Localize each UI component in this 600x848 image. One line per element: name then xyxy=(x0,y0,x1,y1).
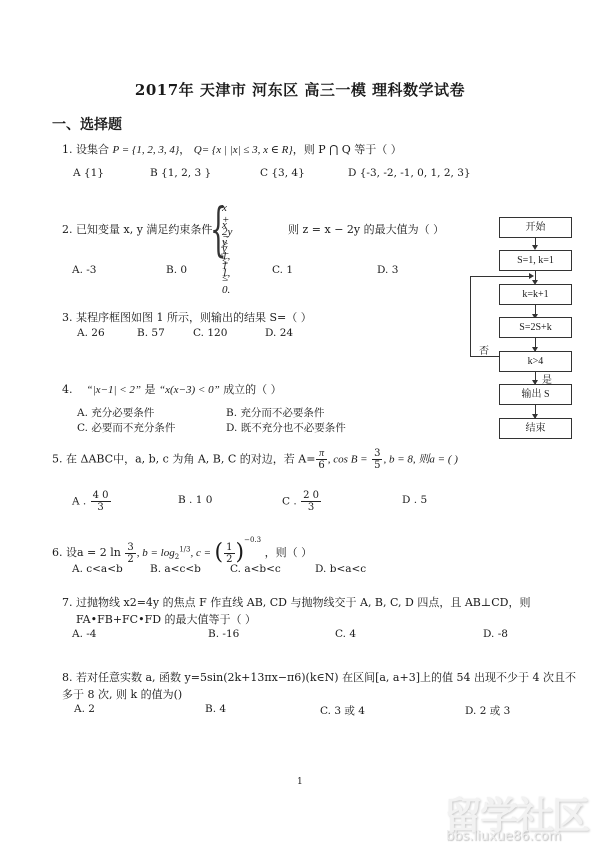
option-d: D. b<a<c xyxy=(315,563,366,575)
stem-text: 已知变量 x, y 满足约束条件 xyxy=(76,223,212,236)
option-c: C. 必要而不充分条件 xyxy=(77,420,175,435)
condition-a: “|x−1| < 2” xyxy=(87,384,142,396)
option-c: C. 3 或 4 xyxy=(320,703,365,718)
flowchart-init: S=1, k=1 xyxy=(499,250,572,271)
watermark-url: bbs.liuxue86.com xyxy=(446,829,561,844)
stem-text: 在 ΔABC中，a, b, c 为角 A, B, C 的对边，若 A= xyxy=(66,453,315,466)
option-a: A. -3 xyxy=(72,264,97,276)
option-c: C {3, 4} xyxy=(260,167,305,179)
question-number: 7. xyxy=(62,596,73,609)
loop-connector xyxy=(470,276,530,277)
flowchart-update-s: S=2S+k xyxy=(499,317,572,338)
option-c: C. 4 xyxy=(335,628,356,640)
flowchart-end: 结束 xyxy=(499,418,572,439)
set-Q: Q= {x | |x| ≤ 3, x ∈ R} xyxy=(194,144,293,156)
option-b: B. 充分而不必要条件 xyxy=(226,405,324,420)
exam-title: 2017年 天津市 河东区 高三一模 理科数学试卷 xyxy=(0,79,600,100)
option-b: B. 4 xyxy=(205,703,226,715)
fraction-3-over-2: 32 xyxy=(125,542,135,565)
option-c: C. 120 xyxy=(193,327,227,339)
option-a: A. 26 xyxy=(77,327,105,339)
option-c: C. a<b<c xyxy=(230,563,281,575)
loop-connector xyxy=(470,276,471,357)
fraction-pi-over-6: π6 xyxy=(316,448,326,471)
fraction-1-over-2: 12 xyxy=(224,542,234,565)
question-2-stem: 2. 已知变量 x, y 满足约束条件 xyxy=(62,221,212,237)
flowchart-start: 开始 xyxy=(499,217,572,238)
section-heading: 一、选择题 xyxy=(52,114,122,134)
option-b: B. -16 xyxy=(208,628,239,640)
watermark-logo: 留学社区 bbs.liuxue86.com xyxy=(440,785,600,848)
option-b: B. 0 xyxy=(166,264,187,276)
no-label: 否 xyxy=(479,342,489,357)
question-number: 8. xyxy=(62,671,73,684)
question-4-stem: 4. “|x−1| < 2” 是 “x(x−3) < 0” 成立的（ ） xyxy=(62,381,282,397)
question-number: 1. xyxy=(62,143,73,156)
stem-text: 某程序框图如图 1 所示，则输出的结果 S=（ ） xyxy=(76,311,312,324)
paren-right: ) xyxy=(236,540,245,565)
fraction-3-over-5: 35 xyxy=(372,448,382,471)
option-b: B . 1 0 xyxy=(178,494,212,506)
log-base: 2 xyxy=(175,553,179,561)
separator: ， xyxy=(179,143,190,156)
question-number: 5. xyxy=(52,453,63,466)
fraction: 4 03 xyxy=(91,490,111,513)
def-b: , b = log xyxy=(137,547,175,559)
arrow-right-icon xyxy=(529,273,534,279)
question-8-stem: 8. 若对任意实数 a, 函数 y=5sin(2k+13πx−π6)(k∈N) … xyxy=(62,669,576,685)
question-1-stem: 1. 设集合 P = {1, 2, 3, 4}， Q= {x | |x| ≤ 3… xyxy=(62,141,402,157)
paren-left: ( xyxy=(215,540,224,565)
stem-suffix: ，则（ ） xyxy=(265,546,313,559)
def-a: 设a = 2 ln xyxy=(66,546,121,559)
condition-b: “x(x−3) < 0” xyxy=(159,384,220,396)
stem-line-1: 过抛物线 x2=4y 的焦点 F 作直线 AB, CD 与抛物线交于 A, B,… xyxy=(76,596,530,609)
stem-mid: 是 xyxy=(145,383,156,396)
question-number: 6. xyxy=(52,546,63,559)
cos-b: , cos B = xyxy=(328,454,368,466)
fraction: 2 03 xyxy=(301,490,321,513)
question-number: 2. xyxy=(62,223,73,236)
flowchart-decision: k>4 xyxy=(499,351,572,372)
option-a: A. 2 xyxy=(74,703,95,715)
option-d: D {-3, -2, -1, 0, 1, 2, 3} xyxy=(348,167,471,179)
stem-suffix: ，则 P ⋂ Q 等于（ ） xyxy=(293,143,402,156)
option-d: D. -8 xyxy=(483,628,508,640)
option-d: D. 2 或 3 xyxy=(465,703,510,718)
stem-line-1: 若对任意实数 a, 函数 y=5sin(2k+13πx−π6)(k∈N) 在区间… xyxy=(76,671,576,684)
option-c: C . 2 03 xyxy=(282,490,322,513)
option-a: A. 充分必要条件 xyxy=(77,405,154,420)
option-a: A. c<a<b xyxy=(72,563,123,575)
stem-text: 设集合 xyxy=(76,143,109,156)
flowchart-output: 输出 S xyxy=(499,384,572,405)
question-2-suffix: 则 z = x − 2y 的最大值为（ ） xyxy=(288,221,444,237)
flowchart-increment: k=k+1 xyxy=(499,284,572,305)
option-b: B {1, 2, 3 } xyxy=(150,167,211,179)
stem-line-2: FA•FB+FC•FD 的最大值等于（ ） xyxy=(76,611,256,627)
stem-suffix: 成立的（ ） xyxy=(223,383,282,396)
option-d: D. 24 xyxy=(265,327,293,339)
log-arg: 1/3 xyxy=(179,545,190,553)
page-number: 1 xyxy=(297,777,303,787)
option-d: D. 既不充分也不必要条件 xyxy=(226,420,346,435)
def-c: , c = xyxy=(190,547,211,559)
stem-suffix: , b = 8, 则a = ( ) xyxy=(383,454,457,466)
option-a: A {1} xyxy=(73,167,104,179)
exponent: −0.3 xyxy=(244,536,261,544)
option-c: C. 1 xyxy=(272,264,293,276)
option-a: A . 4 03 xyxy=(72,490,112,513)
option-d: D. 3 xyxy=(377,264,398,276)
question-3-stem: 3. 某程序框图如图 1 所示，则输出的结果 S=（ ） xyxy=(62,309,312,325)
option-d: D . 5 xyxy=(402,494,427,506)
option-b: B. 57 xyxy=(137,327,165,339)
option-a: A. -4 xyxy=(72,628,97,640)
constraint-3: y − 1 ≤ 0. xyxy=(222,236,230,296)
question-number: 4. xyxy=(62,383,73,396)
stem-line-2: 多于 8 次, 则 k 的值为() xyxy=(62,686,182,702)
option-b: B. a<c<b xyxy=(150,563,201,575)
question-7-stem: 7. 过抛物线 x2=4y 的焦点 F 作直线 AB, CD 与抛物线交于 A,… xyxy=(62,594,530,610)
question-5-stem: 5. 在 ΔABC中，a, b, c 为角 A, B, C 的对边，若 A=π6… xyxy=(52,448,458,471)
set-P: P = {1, 2, 3, 4} xyxy=(113,144,180,156)
question-number: 3. xyxy=(62,311,73,324)
